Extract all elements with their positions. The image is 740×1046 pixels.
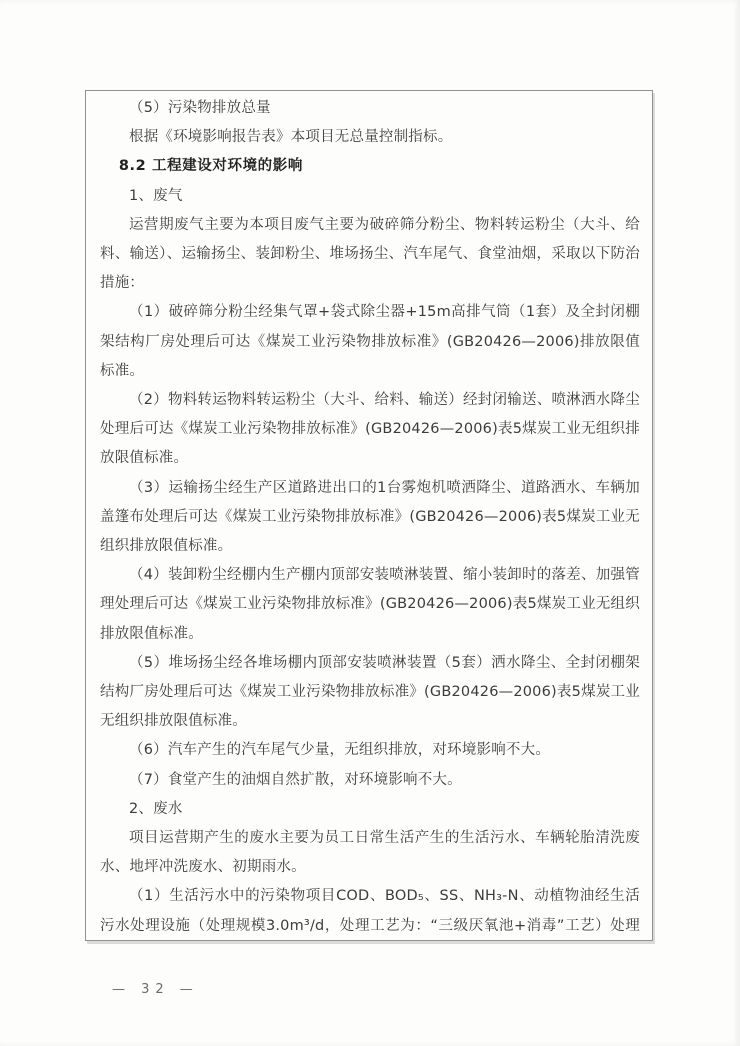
paragraph: （6）汽车产生的汽车尾气少量，无组织排放，对环境影响不大。 bbox=[100, 736, 640, 765]
paragraph: （3）运输扬尘经生产区道路进出口的1台雾炮机喷洒降尘、道路洒水、车辆加盖篷布处理… bbox=[100, 474, 640, 562]
content-border-box: （5）污染物排放总量根据《环境影响报告表》本项目无总量控制指标。8.2 工程建设… bbox=[85, 90, 653, 941]
paragraph: （4）装卸粉尘经棚内生产棚内顶部安装喷淋装置、缩小装卸时的落差、加强管理处理后可… bbox=[100, 561, 640, 649]
paragraph: （7）食堂产生的油烟自然扩散，对环境影响不大。 bbox=[100, 766, 640, 795]
paragraph: （5）堆场扬尘经各堆场棚内顶部安装喷淋装置（5套）洒水降尘、全封闭棚架结构厂房处… bbox=[100, 649, 640, 737]
document-body: （5）污染物排放总量根据《环境影响报告表》本项目无总量控制指标。8.2 工程建设… bbox=[100, 94, 640, 941]
paragraph: （1）生活污水中的污染物项目COD、BOD₅、SS、NH₃-N、动植物油经生活污… bbox=[100, 882, 640, 941]
paragraph: 根据《环境影响报告表》本项目无总量控制指标。 bbox=[100, 123, 640, 152]
section-heading: 8.2 工程建设对环境的影响 bbox=[100, 152, 640, 181]
paragraph: （2）物料转运物料转运粉尘（大斗、给料、输送）经封闭输送、喷淋洒水降尘处理后可达… bbox=[100, 386, 640, 474]
paragraph: 项目运营期产生的废水主要为员工日常生活产生的生活污水、车辆轮胎清洗废水、地坪冲洗… bbox=[100, 824, 640, 882]
paragraph: 运营期废气主要为本项目废气主要为破碎筛分粉尘、物料转运粉尘（大斗、给料、输送）、… bbox=[100, 211, 640, 299]
paragraph: （1）破碎筛分粉尘经集气罩+袋式除尘器+15m高排气筒（1套）及全封闭棚架结构厂… bbox=[100, 298, 640, 386]
page-number: — 32 — bbox=[112, 982, 199, 997]
paragraph: （5）污染物排放总量 bbox=[100, 94, 640, 123]
paragraph: 1、废气 bbox=[100, 182, 640, 211]
document-page: （5）污染物排放总量根据《环境影响报告表》本项目无总量控制指标。8.2 工程建设… bbox=[0, 0, 740, 1046]
paragraph: 2、废水 bbox=[100, 795, 640, 824]
